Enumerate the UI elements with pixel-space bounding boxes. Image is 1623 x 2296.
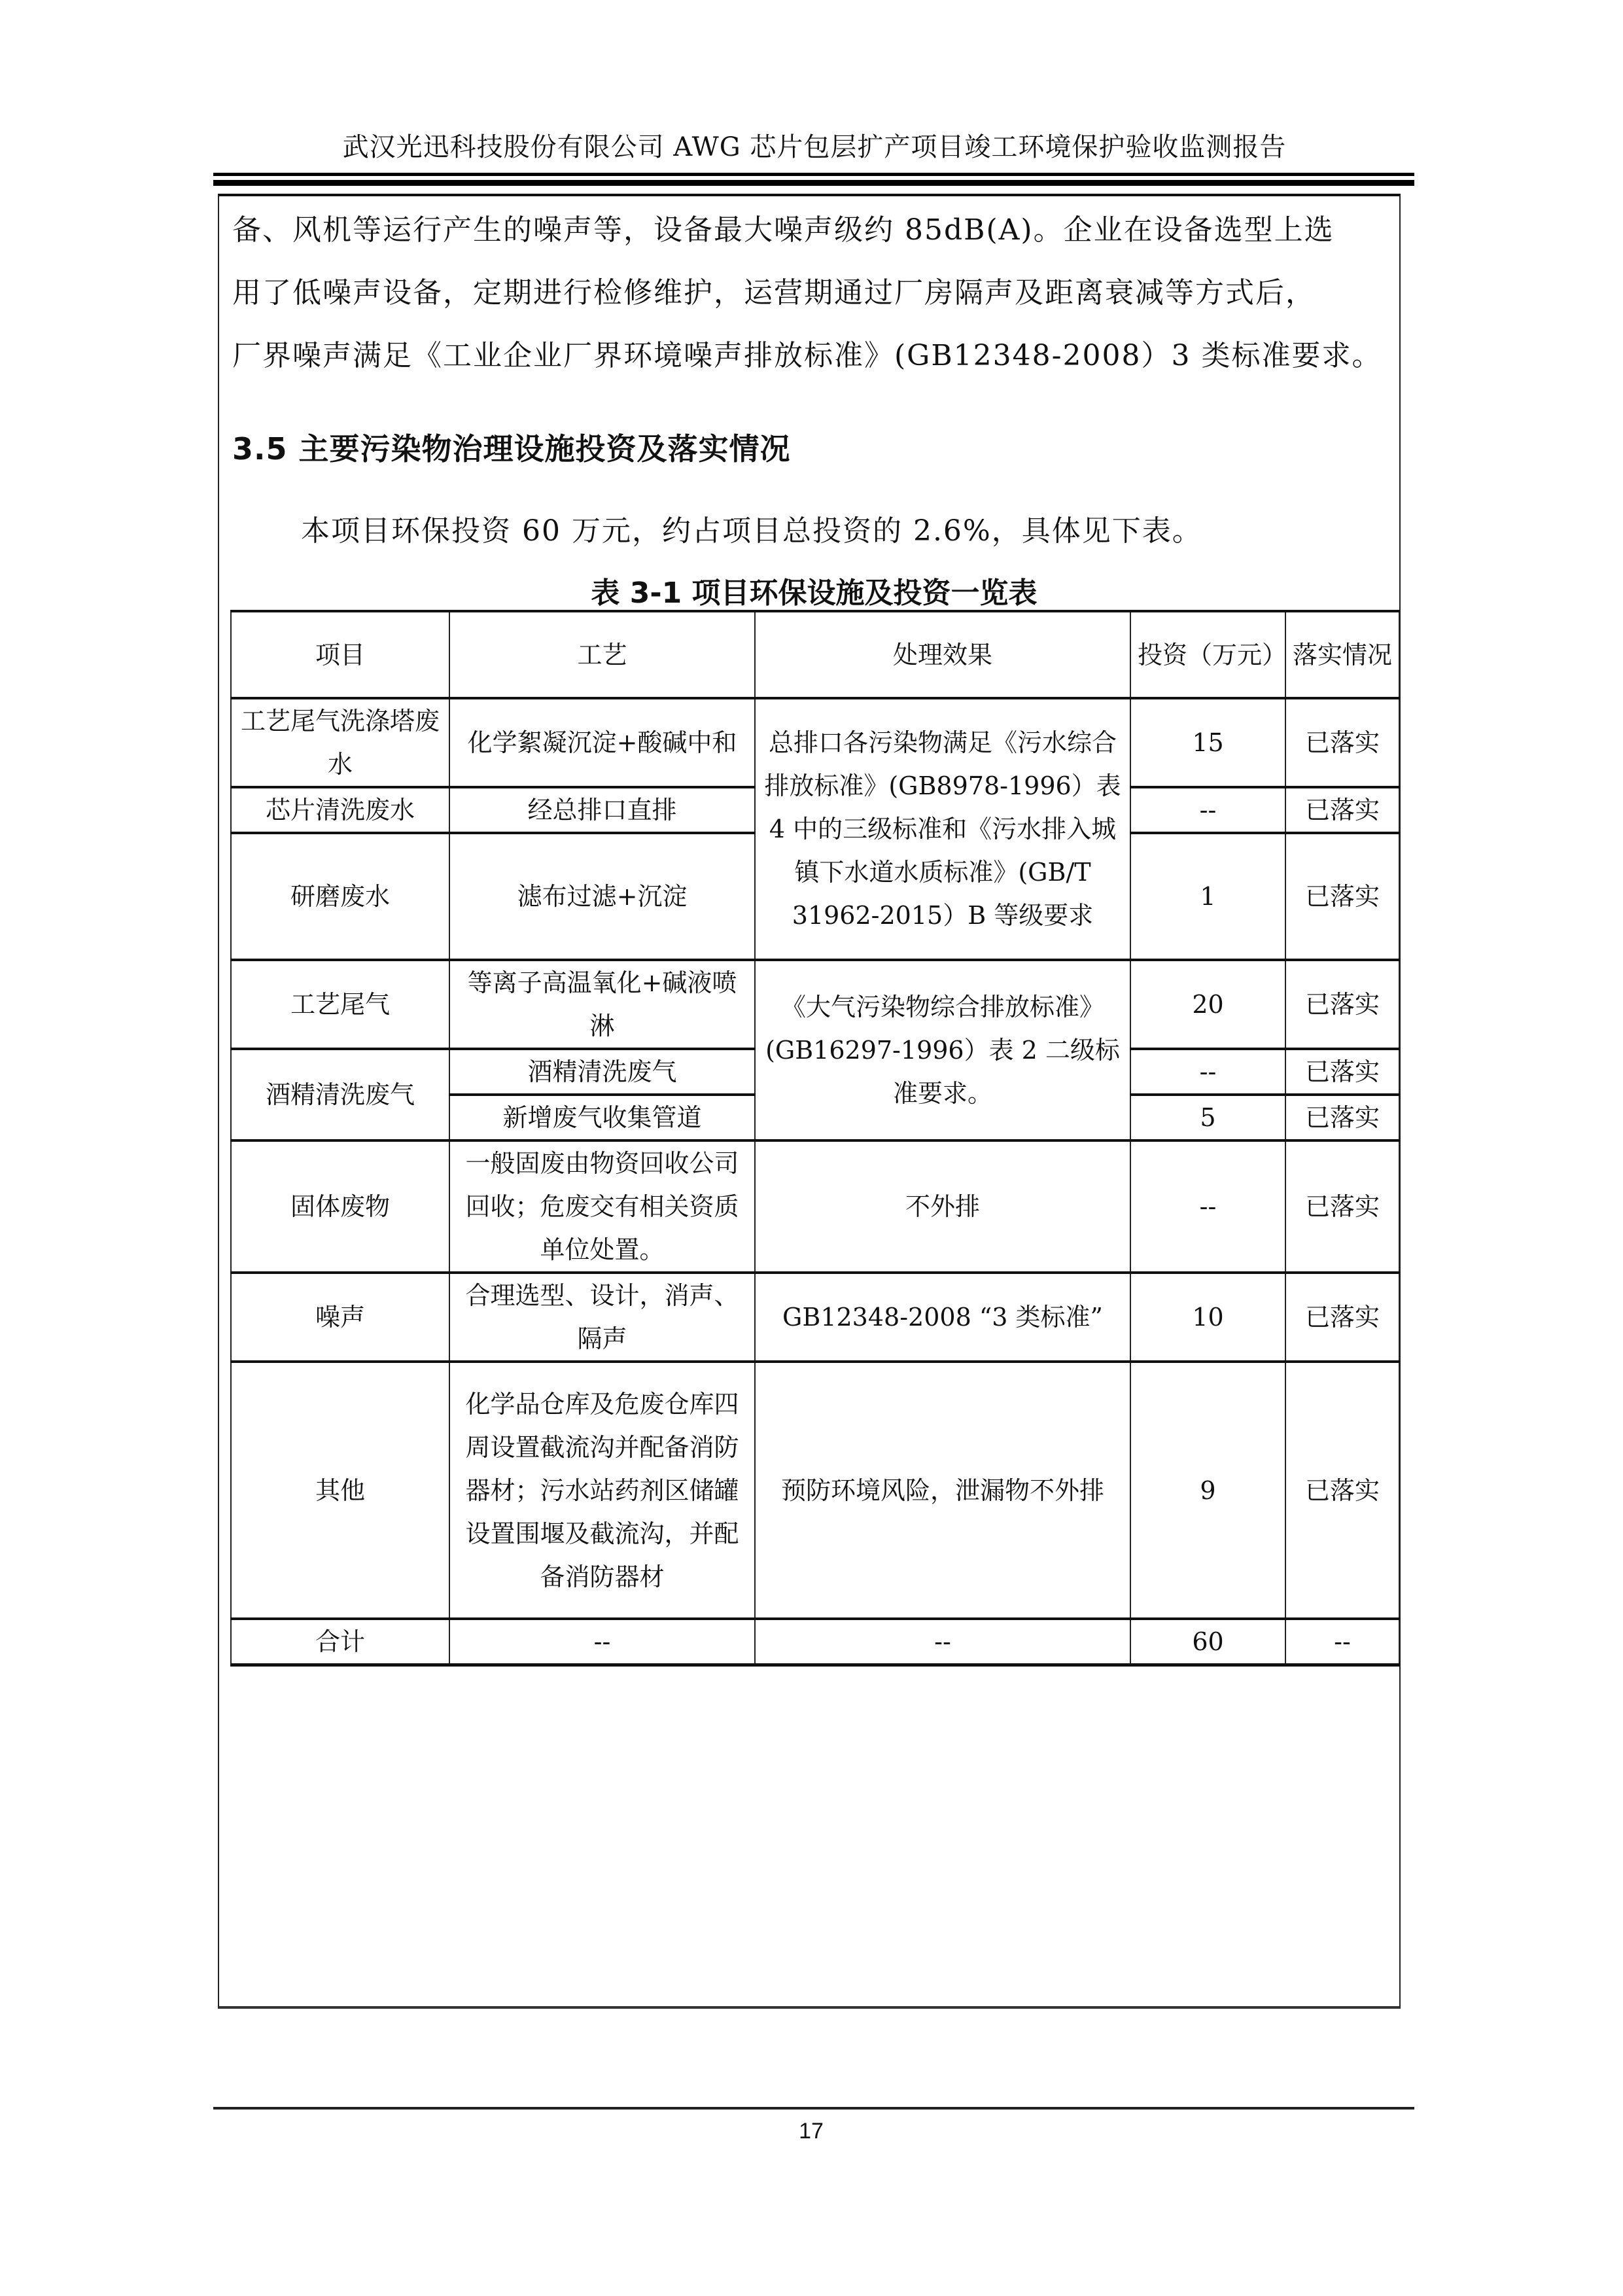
header-process: 工艺 [449, 611, 755, 698]
cell-investment: -- [1130, 787, 1285, 833]
cell-process: 酒精清洗废气 [449, 1049, 755, 1095]
total-status: -- [1285, 1619, 1399, 1665]
continuation-paragraph: 备、风机等运行产生的噪声等，设备最大噪声级约 85dB(A)。企业在设备选型上选… [232, 216, 1397, 404]
cell-status: 已落实 [1285, 1362, 1399, 1619]
header-rule-thick [213, 180, 1414, 186]
cell-status: 已落实 [1285, 1095, 1399, 1140]
cell-process: 化学品仓库及危废仓库四周设置截流沟并配备消防器材；污水站药剂区储罐设置围堰及截流… [449, 1362, 755, 1619]
page-header-title: 武汉光迅科技股份有限公司 AWG 芯片包层扩产项目竣工环境保护验收监测报告 [209, 128, 1420, 167]
cell-process: 滤布过滤+沉淀 [449, 833, 755, 960]
cell-effect-wastewater: 总排口各污染物满足《污水综合排放标准》(GB8978-1996）表 4 中的三级… [755, 698, 1130, 960]
investment-table: 项目 工艺 处理效果 投资（万元） 落实情况 工艺尾气洗涤塔废水 化学絮凝沉淀+… [230, 610, 1400, 1667]
cell-investment: 15 [1130, 698, 1285, 787]
total-effect: -- [755, 1619, 1130, 1665]
cell-item: 工艺尾气 [231, 960, 449, 1049]
cell-item: 酒精清洗废气 [231, 1049, 449, 1140]
cell-process: 经总排口直排 [449, 787, 755, 833]
section-intro: 本项目环保投资 60 万元，约占项目总投资的 2.6%，具体见下表。 [301, 507, 1202, 549]
cell-investment: -- [1130, 1049, 1285, 1095]
cell-investment: -- [1130, 1140, 1285, 1273]
cell-investment: 10 [1130, 1273, 1285, 1362]
header-investment: 投资（万元） [1130, 611, 1285, 698]
cell-status: 已落实 [1285, 698, 1399, 787]
paragraph-line: 备、风机等运行产生的噪声等，设备最大噪声级约 85dB(A)。企业在设备选型上选 [232, 216, 1397, 279]
cell-investment: 20 [1130, 960, 1285, 1049]
cell-item: 工艺尾气洗涤塔废水 [231, 698, 449, 787]
cell-investment: 9 [1130, 1362, 1285, 1619]
cell-status: 已落实 [1285, 1049, 1399, 1095]
cell-item: 噪声 [231, 1273, 449, 1362]
page-number: 17 [746, 2119, 877, 2144]
header-status: 落实情况 [1285, 611, 1399, 698]
cell-item: 其他 [231, 1362, 449, 1619]
cell-process: 化学絮凝沉淀+酸碱中和 [449, 698, 755, 787]
table-row: 其他 化学品仓库及危废仓库四周设置截流沟并配备消防器材；污水站药剂区储罐设置围堰… [231, 1362, 1399, 1619]
cell-status: 已落实 [1285, 833, 1399, 960]
table-header-row: 项目 工艺 处理效果 投资（万元） 落实情况 [231, 611, 1399, 698]
total-investment: 60 [1130, 1619, 1285, 1665]
section-title: 3.5 主要污染物治理设施投资及落实情况 [232, 425, 791, 468]
table-total-row: 合计 -- -- 60 -- [231, 1619, 1399, 1665]
cell-effect: GB12348-2008 “3 类标准” [755, 1273, 1130, 1362]
total-item: 合计 [231, 1619, 449, 1665]
cell-status: 已落实 [1285, 1273, 1399, 1362]
table-row: 固体废物 一般固废由物资回收公司回收；危废交有相关资质单位处置。 不外排 -- … [231, 1140, 1399, 1273]
cell-status: 已落实 [1285, 787, 1399, 833]
total-process: -- [449, 1619, 755, 1665]
cell-effect: 不外排 [755, 1140, 1130, 1273]
cell-process: 新增废气收集管道 [449, 1095, 755, 1140]
table-row: 噪声 合理选型、设计，消声、隔声 GB12348-2008 “3 类标准” 10… [231, 1273, 1399, 1362]
header-item: 项目 [231, 611, 449, 698]
cell-status: 已落实 [1285, 1140, 1399, 1273]
cell-process: 合理选型、设计，消声、隔声 [449, 1273, 755, 1362]
table-row: 工艺尾气 等离子高温氧化+碱液喷淋 《大气污染物综合排放标准》(GB16297-… [231, 960, 1399, 1049]
cell-effect-exhaust: 《大气污染物综合排放标准》(GB16297-1996）表 2 二级标准要求。 [755, 960, 1130, 1140]
cell-investment: 5 [1130, 1095, 1285, 1140]
cell-process: 等离子高温氧化+碱液喷淋 [449, 960, 755, 1049]
cell-item: 研磨废水 [231, 833, 449, 960]
header-effect: 处理效果 [755, 611, 1130, 698]
paragraph-line: 厂界噪声满足《工业企业厂界环境噪声排放标准》(GB12348-2008）3 类标… [232, 342, 1397, 404]
cell-item: 芯片清洗废水 [231, 787, 449, 833]
cell-investment: 1 [1130, 833, 1285, 960]
header-rule-thin [213, 173, 1414, 176]
paragraph-line: 用了低噪声设备，定期进行检修维护，运营期通过厂房隔声及距离衰减等方式后， [232, 279, 1397, 342]
cell-item: 固体废物 [231, 1140, 449, 1273]
footer-rule [213, 2107, 1414, 2110]
cell-effect: 预防环境风险，泄漏物不外排 [755, 1362, 1130, 1619]
table-caption: 表 3-1 项目环保设施及投资一览表 [230, 569, 1398, 611]
cell-status: 已落实 [1285, 960, 1399, 1049]
cell-process: 一般固废由物资回收公司回收；危废交有相关资质单位处置。 [449, 1140, 755, 1273]
table-row: 工艺尾气洗涤塔废水 化学絮凝沉淀+酸碱中和 总排口各污染物满足《污水综合排放标准… [231, 698, 1399, 787]
